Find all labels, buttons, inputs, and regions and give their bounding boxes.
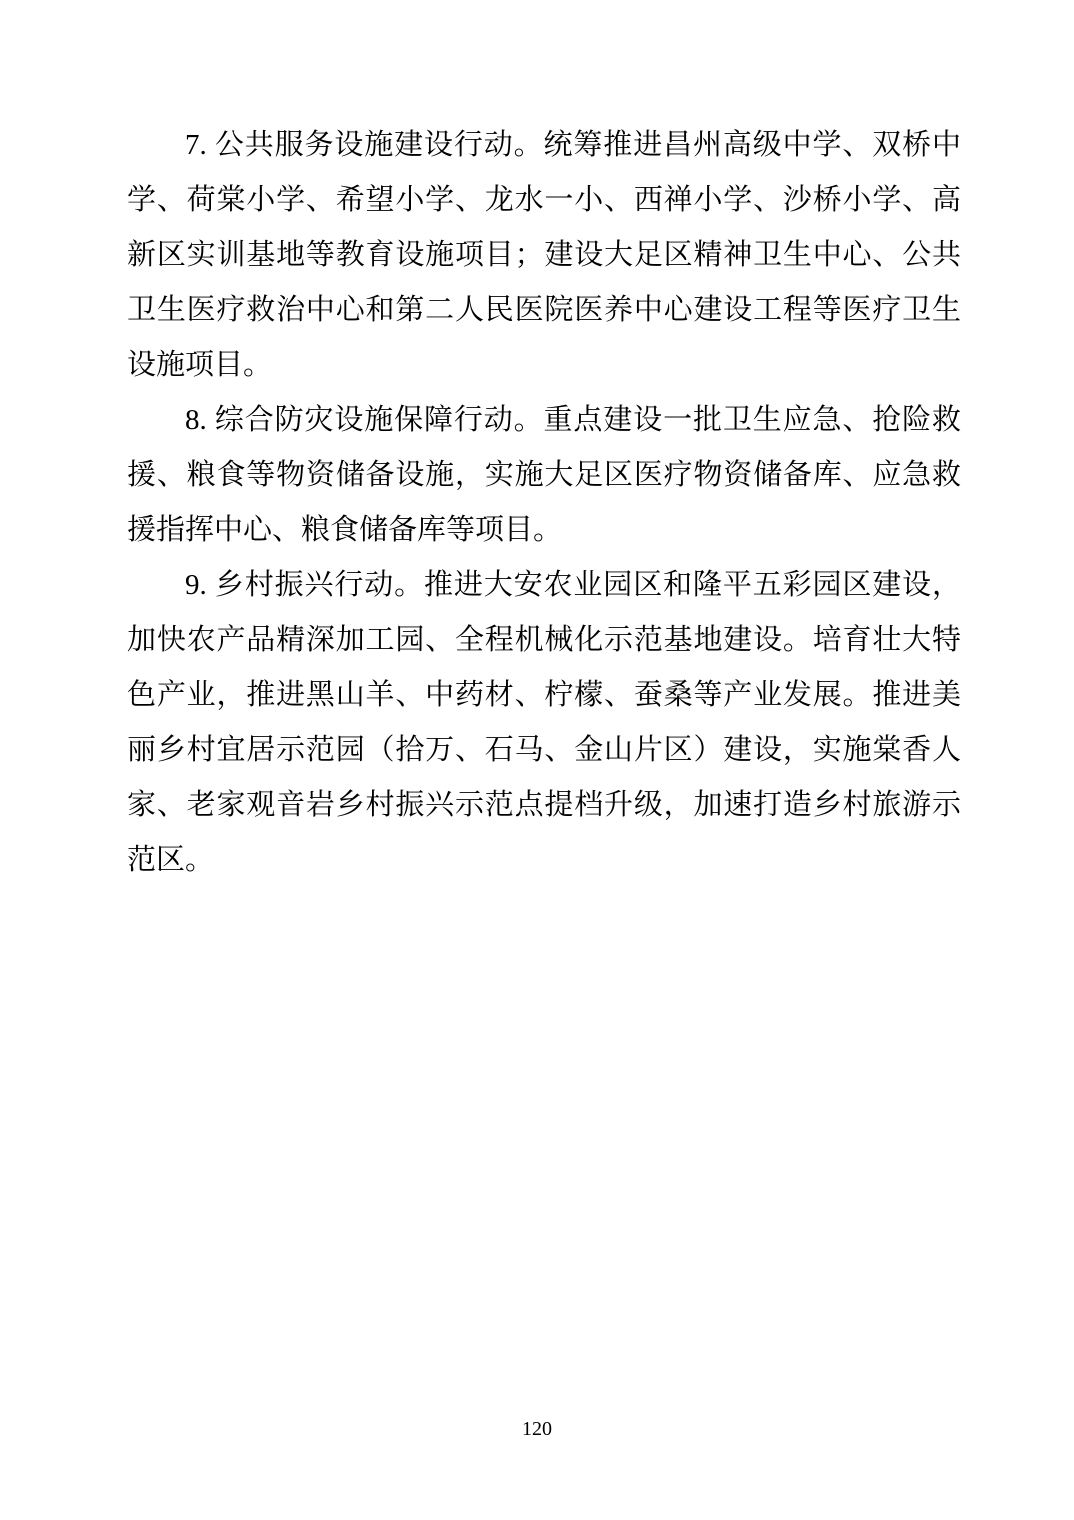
paragraph-item-7: 7. 公共服务设施建设行动。统筹推进昌州高级中学、双桥中学、荷棠小学、希望小学、… [127,118,961,393]
page-footer: 120 [0,1418,1074,1441]
paragraph-item-9: 9. 乡村振兴行动。推进大安农业园区和隆平五彩园区建设，加快农产品精深加工园、全… [127,558,961,888]
document-page: 7. 公共服务设施建设行动。统筹推进昌州高级中学、双桥中学、荷棠小学、希望小学、… [0,0,1074,1520]
page-number: 120 [522,1418,552,1440]
page-body-text: 7. 公共服务设施建设行动。统筹推进昌州高级中学、双桥中学、荷棠小学、希望小学、… [127,118,961,888]
paragraph-item-8: 8. 综合防灾设施保障行动。重点建设一批卫生应急、抢险救援、粮食等物资储备设施，… [127,393,961,558]
